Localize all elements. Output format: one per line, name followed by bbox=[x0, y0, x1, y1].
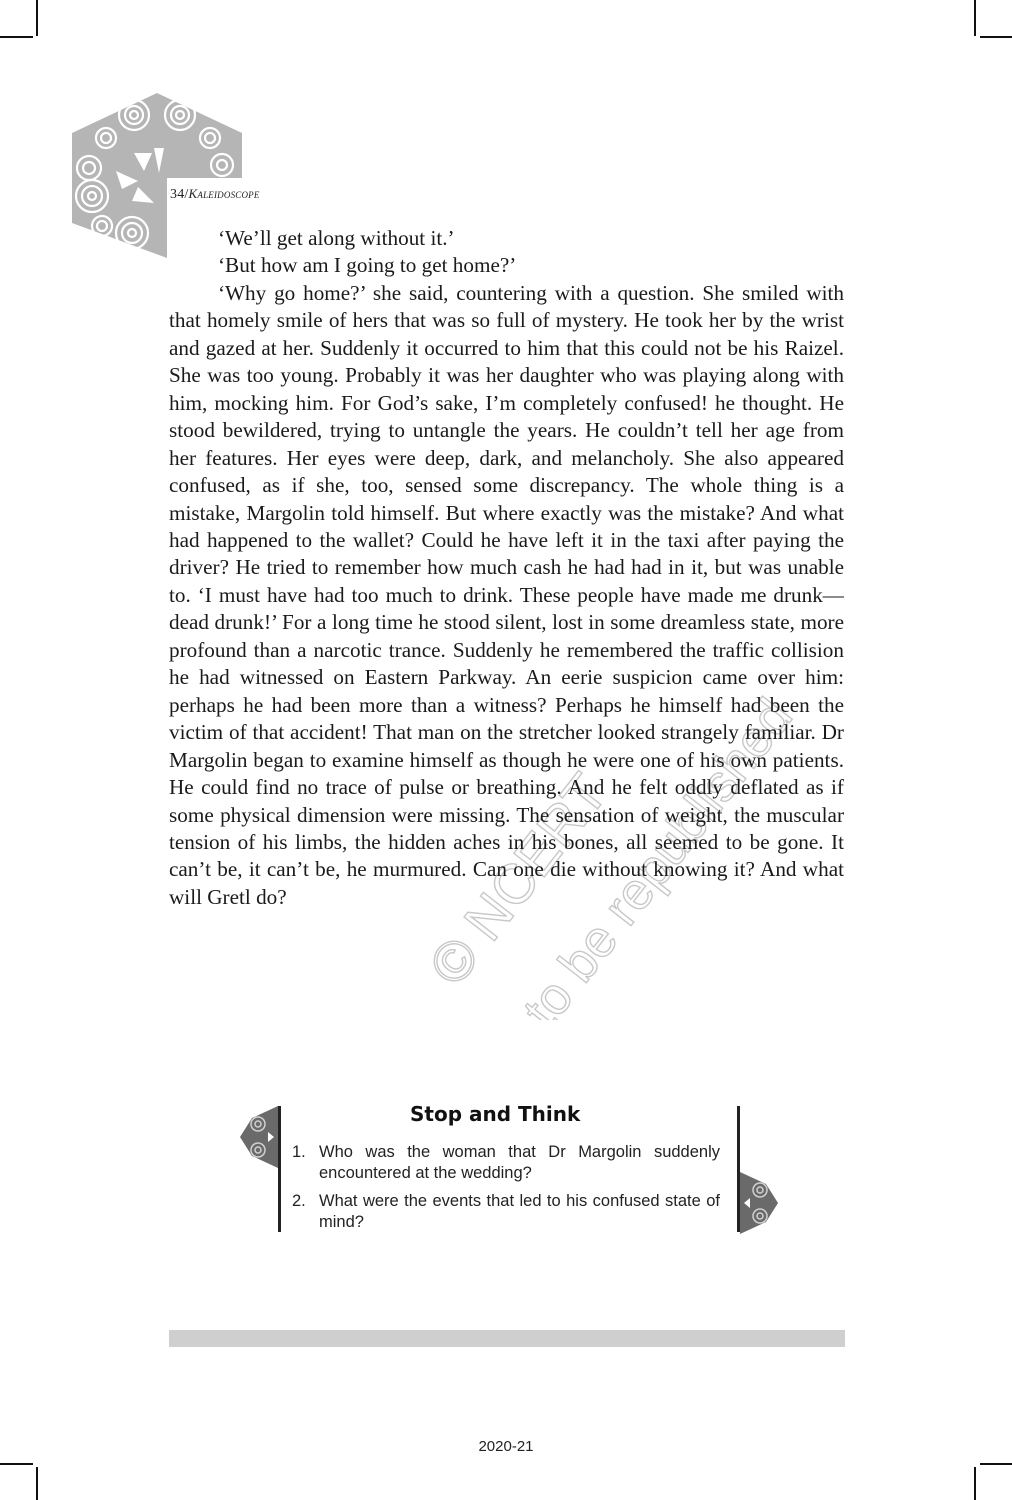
crop-mark-top-left-vertical bbox=[36, 0, 38, 36]
crop-mark-top-left-horizontal bbox=[0, 36, 33, 38]
crop-mark-top-right-vertical bbox=[974, 0, 976, 36]
story-body: ‘We’ll get along without it.’ ‘But how a… bbox=[169, 225, 844, 911]
running-head: 34/Kaleidoscope bbox=[170, 186, 260, 203]
hexagon-ornament-right-icon bbox=[740, 1172, 778, 1234]
crop-mark-top-right-horizontal bbox=[980, 36, 1012, 38]
crop-mark-bottom-left-vertical bbox=[36, 1467, 38, 1500]
paragraph: ‘Why go home?’ she said, countering with… bbox=[169, 280, 844, 911]
crop-mark-bottom-left-horizontal bbox=[0, 1463, 33, 1465]
paragraph: ‘But how am I going to get home?’ bbox=[169, 252, 844, 279]
stop-and-think-title: Stop and Think bbox=[410, 1102, 580, 1126]
paragraph: ‘We’ll get along without it.’ bbox=[169, 225, 844, 252]
question-text: Who was the woman that Dr Margolin sudde… bbox=[319, 1143, 720, 1182]
page-number: 34 bbox=[170, 187, 184, 202]
question-list: 1. Who was the woman that Dr Margolin su… bbox=[292, 1142, 720, 1240]
question-number: 1. bbox=[292, 1142, 306, 1163]
question-item: 1. Who was the woman that Dr Margolin su… bbox=[292, 1142, 720, 1184]
book-title: Kaleidoscope bbox=[189, 186, 260, 201]
page-bottom-bar bbox=[169, 1330, 845, 1347]
crop-mark-bottom-right-vertical bbox=[974, 1467, 976, 1500]
crop-mark-bottom-right-horizontal bbox=[980, 1463, 1012, 1465]
question-number: 2. bbox=[292, 1191, 306, 1212]
left-rule bbox=[278, 1106, 281, 1232]
stop-and-think-box: Stop and Think 1. Who was the woman that… bbox=[240, 1100, 780, 1240]
footer-year: 2020-21 bbox=[0, 1438, 1012, 1455]
hexagon-ornament-left-icon bbox=[240, 1106, 278, 1168]
question-item: 2. What were the events that led to his … bbox=[292, 1191, 720, 1233]
question-text: What were the events that led to his con… bbox=[319, 1192, 720, 1231]
